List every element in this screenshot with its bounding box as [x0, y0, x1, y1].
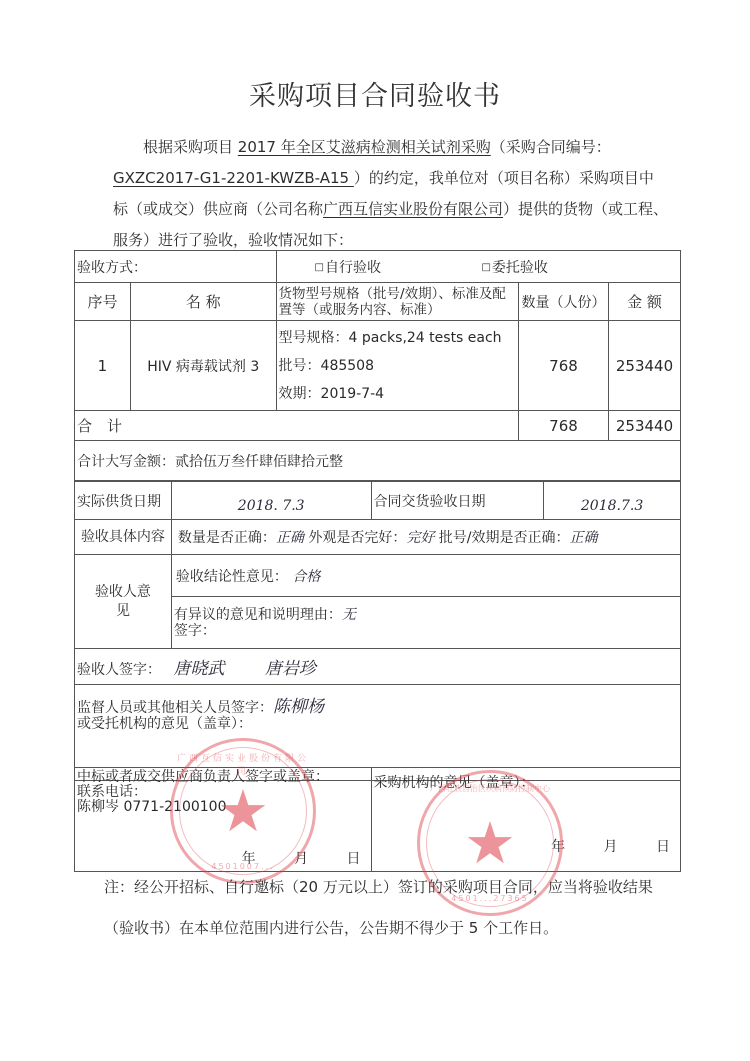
option-label: 自行验收	[325, 260, 381, 276]
header-spec: 货物型号规格（批号/效期）、标准及配置等（或服务内容、标准）	[276, 283, 518, 321]
method-row: 验收方式： □自行验收 □委托验收	[75, 251, 681, 283]
amount-words-row: 合计大写金额：贰拾伍万叁仟肆佰肆拾元整	[75, 441, 681, 481]
supplier-name: 广西互信实业股份有限公司	[323, 200, 503, 218]
purchaser-date: 年 月 日	[551, 836, 680, 856]
row-name: HIV 病毒载试剂 3	[130, 321, 276, 411]
table-row: 1 HIV 病毒载试剂 3 型号规格：4 packs,24 tests each…	[75, 321, 681, 411]
note-line-2: （验收书）在本单位范围内进行公告，公告期不得少于 5 个工作日。	[104, 917, 558, 938]
conclusion-label: 验收结论性意见：	[176, 569, 288, 585]
total-amount: 253440	[608, 411, 680, 441]
acceptance-table: 验收方式： □自行验收 □委托验收 序号 名 称 货物型号规格（批号/效期）、标…	[74, 250, 681, 481]
option-entrusted[interactable]: □委托验收	[481, 260, 547, 276]
header-row: 序号 名 称 货物型号规格（批号/效期）、标准及配置等（或服务内容、标准） 数量…	[75, 283, 681, 321]
dates-row: 实际供货日期 2018. 7.3 合同交货验收日期 2018.7.3	[75, 482, 681, 520]
supplier-sign-cell: 中标或者成交供应商负责人签字或盖章： 联系电话： 陈柳岑 0771-210010…	[75, 768, 372, 872]
row-qty: 768	[519, 321, 609, 411]
intro-line-1: 根据采购项目 2017 年全区艾滋病检测相关试剂采购（采购合同编号：	[113, 132, 683, 163]
signature-table: 中标或者成交供应商负责人签字或盖章： 联系电话： 陈柳岑 0771-210010…	[74, 767, 681, 872]
objection-label: 有异议的意见和说明理由：	[174, 607, 342, 623]
conclusion-value: 合格	[292, 569, 320, 585]
objection-value: 无	[342, 607, 356, 623]
contract-number: GXZC2017-G1-2201-KWZB-A15	[113, 169, 354, 187]
header-seq: 序号	[75, 283, 131, 321]
inspector-sign-row: 验收人签字： 唐晓武 唐岩珍	[75, 649, 681, 685]
spec-batch: 批号：485508	[279, 352, 516, 380]
content-checks: 数量是否正确：正确 外观是否完好：完好 批号/效期是否正确：正确	[171, 520, 680, 555]
header-qty: 数量（人份）	[519, 283, 609, 321]
content-label: 验收具体内容	[75, 520, 172, 555]
header-amount: 金 额	[608, 283, 680, 321]
contract-date: 2018.7.3	[544, 482, 681, 520]
intro-line-3: 标（或成交）供应商（公司名称广西互信实业股份有限公司）提供的货物（或工程、	[113, 194, 683, 225]
contact-label: 联系电话：	[77, 785, 369, 800]
inspector-sign-cell: 验收人签字： 唐晓武 唐岩珍	[75, 649, 681, 685]
sign-label: 签字：	[174, 623, 678, 639]
amount-in-words: 合计大写金额：贰拾伍万叁仟肆佰肆拾元整	[75, 441, 681, 481]
project-name: 2017 年全区艾滋病检测相关试剂采购	[238, 138, 491, 156]
check-batch-value: 正确	[570, 530, 598, 546]
signature-row: 中标或者成交供应商负责人签字或盖章： 联系电话： 陈柳岑 0771-210010…	[75, 768, 681, 872]
purchaser-opinion-cell: 采购机构的意见（盖章）： 年 月 日	[371, 768, 680, 872]
check-qty-label: 数量是否正确：	[178, 530, 276, 546]
contract-date-label: 合同交货验收日期	[371, 482, 544, 520]
check-qty-value: 正确	[276, 530, 304, 546]
method-label: 验收方式：	[75, 251, 277, 283]
intro-paragraph: 根据采购项目 2017 年全区艾滋病检测相关试剂采购（采购合同编号： GXZC2…	[113, 132, 683, 256]
spec-expiry: 效期：2019-7-4	[279, 380, 516, 408]
actual-supply-date: 2018. 7.3	[171, 482, 371, 520]
total-qty: 768	[519, 411, 609, 441]
header-name: 名 称	[130, 283, 276, 321]
check-batch-label: 批号/效期是否正确：	[439, 530, 570, 546]
checkbox-icon[interactable]: □	[481, 262, 490, 273]
intro-line-2: GXZC2017-G1-2201-KWZB-A15 ）的约定，我单位对（项目名称…	[113, 163, 683, 194]
purchaser-opinion-label: 采购机构的意见（盖章）：	[374, 772, 678, 792]
inspector-sign-label: 验收人签字：	[77, 662, 161, 678]
conclusion-cell: 验收结论性意见： 合格	[171, 555, 680, 597]
actual-supply-date-label: 实际供货日期	[75, 482, 172, 520]
supplier-date: 年 月 日	[242, 852, 371, 867]
row-seq: 1	[75, 321, 131, 411]
supplier-sign-label: 中标或者成交供应商负责人签字或盖章：	[77, 770, 369, 785]
row-spec: 型号规格：4 packs,24 tests each 批号：485508 效期：…	[276, 321, 518, 411]
inspector-signature-2: 唐岩珍	[265, 659, 316, 679]
dates-and-opinions-table: 实际供货日期 2018. 7.3 合同交货验收日期 2018.7.3 验收具体内…	[74, 481, 681, 781]
supervisor-signature: 陈柳杨	[273, 697, 324, 717]
check-appearance-label: 外观是否完好：	[308, 530, 406, 546]
row-amount: 253440	[608, 321, 680, 411]
conclusion-row: 验收人意见 验收结论性意见： 合格	[75, 555, 681, 597]
intro-text: ）的约定，我单位对（项目名称）采购项目中	[354, 169, 654, 187]
option-self[interactable]: □自行验收	[315, 260, 386, 276]
total-row: 合 计 768 253440	[75, 411, 681, 441]
intro-text: （采购合同编号：	[491, 138, 611, 156]
intro-text: ）提供的货物（或工程、	[503, 200, 668, 218]
check-appearance-value: 完好	[406, 530, 434, 546]
objection-cell: 有异议的意见和说明理由：无 签字：	[171, 597, 680, 649]
spec-model: 型号规格：4 packs,24 tests each	[279, 324, 516, 352]
checkbox-icon[interactable]: □	[315, 262, 324, 273]
contact-value: 陈柳岑 0771-2100100	[77, 800, 369, 815]
supervisor-label: 监督人员或其他相关人员签字：	[77, 700, 273, 716]
entrusted-org-label: 或受托机构的意见（盖章）：	[77, 716, 678, 732]
note-line-1: 注：经公开招标、自行邀标（20 万元以上）签订的采购项目合同，应当将验收结果	[104, 876, 653, 897]
option-label: 委托验收	[492, 260, 548, 276]
intro-text: 标（或成交）供应商（公司名称	[113, 200, 323, 218]
intro-text: 根据采购项目	[143, 138, 233, 156]
inspector-signature-1: 唐晓武	[173, 659, 224, 679]
document-title: 采购项目合同验收书	[0, 74, 750, 113]
opinion-label: 验收人意见	[75, 555, 172, 649]
total-label: 合 计	[75, 411, 519, 441]
content-row: 验收具体内容 数量是否正确：正确 外观是否完好：完好 批号/效期是否正确：正确	[75, 520, 681, 555]
method-options: □自行验收 □委托验收	[276, 251, 680, 283]
